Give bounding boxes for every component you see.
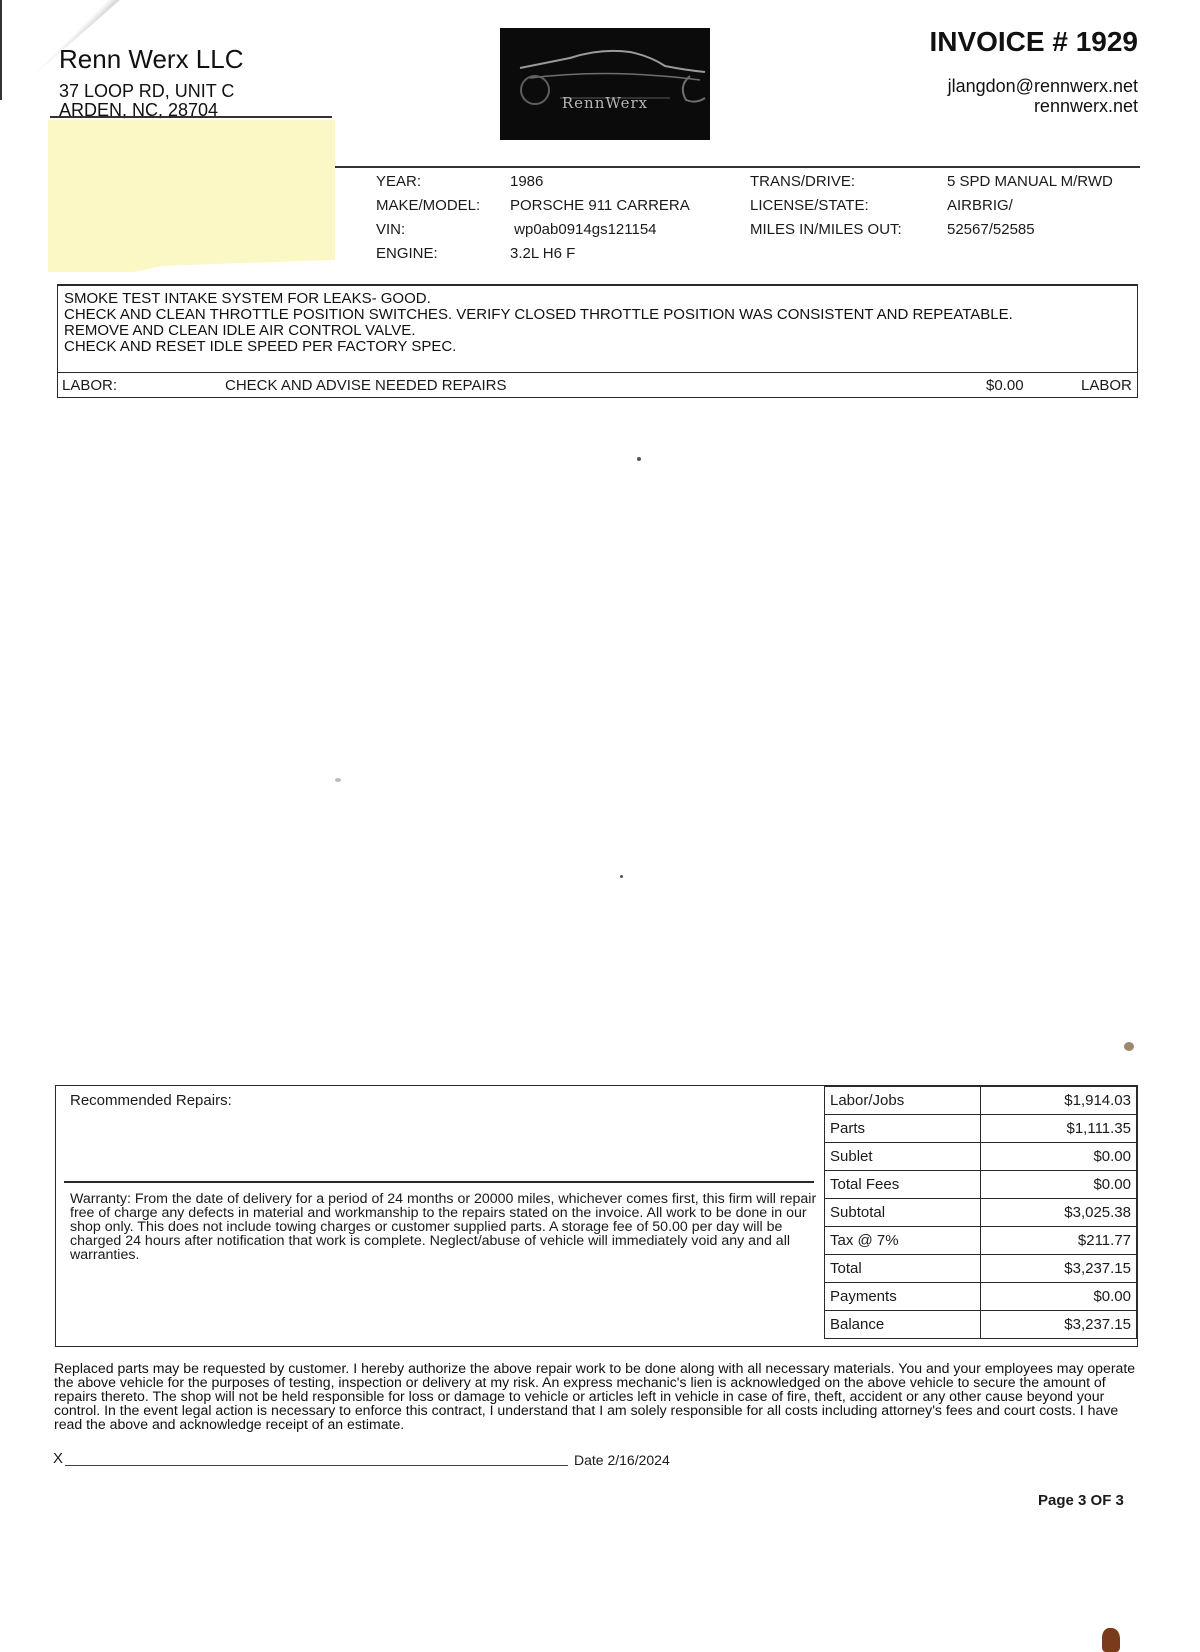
- warranty-text: Warranty: From the date of delivery for …: [70, 1192, 830, 1262]
- labor-amount: $0.00: [986, 377, 1024, 394]
- totals-label: Sublet: [825, 1143, 981, 1171]
- totals-row: Sublet$0.00: [825, 1143, 1137, 1171]
- logo-wordmark: RennWerx: [500, 94, 710, 112]
- value-trans-drive: 5 SPD MANUAL M/RWD: [947, 170, 1113, 194]
- totals-value: $0.00: [981, 1171, 1137, 1199]
- vehicle-rule: [335, 166, 1140, 168]
- page-number: Page 3 OF 3: [1038, 1492, 1124, 1509]
- signature-x: X: [53, 1450, 63, 1467]
- label-license-state: LICENSE/STATE:: [750, 194, 902, 218]
- value-license-state: AIRBRIG/: [947, 194, 1113, 218]
- address-line-1: 37 LOOP RD, UNIT C: [59, 82, 234, 101]
- totals-row: Total Fees$0.00: [825, 1171, 1137, 1199]
- totals-label: Payments: [825, 1283, 981, 1311]
- totals-value: $0.00: [981, 1283, 1137, 1311]
- sticky-note: [48, 120, 335, 272]
- signature-line[interactable]: [65, 1465, 568, 1466]
- totals-label: Parts: [825, 1115, 981, 1143]
- company-logo: RennWerx: [500, 28, 710, 140]
- address-rule: [50, 116, 332, 118]
- label-vin: VIN:: [376, 218, 480, 242]
- value-miles: 52567/52585: [947, 218, 1113, 242]
- label-year: YEAR:: [376, 170, 480, 194]
- recommended-rule: [64, 1181, 814, 1183]
- totals-row: Subtotal$3,025.38: [825, 1199, 1137, 1227]
- totals-label: Balance: [825, 1311, 981, 1339]
- totals-row: Total$3,237.15: [825, 1255, 1137, 1283]
- totals-value: $1,914.03: [981, 1087, 1137, 1115]
- labor-row: LABOR: CHECK AND ADVISE NEEDED REPAIRS $…: [58, 372, 1137, 399]
- work-line: REMOVE AND CLEAN IDLE AIR CONTROL VALVE.: [64, 323, 1013, 339]
- work-line: SMOKE TEST INTAKE SYSTEM FOR LEAKS- GOOD…: [64, 291, 1013, 307]
- totals-value: $1,111.35: [981, 1115, 1137, 1143]
- totals-label: Tax @ 7%: [825, 1227, 981, 1255]
- label-trans-drive: TRANS/DRIVE:: [750, 170, 902, 194]
- totals-label: Total Fees: [825, 1171, 981, 1199]
- value-make-model: PORSCHE 911 CARRERA: [510, 194, 690, 218]
- scan-speck: [335, 778, 341, 782]
- stain-mark: [1102, 1628, 1120, 1652]
- totals-row: Payments$0.00: [825, 1283, 1137, 1311]
- work-lines: SMOKE TEST INTAKE SYSTEM FOR LEAKS- GOOD…: [64, 291, 1013, 355]
- totals-value: $211.77: [981, 1227, 1137, 1255]
- labor-description: CHECK AND ADVISE NEEDED REPAIRS: [225, 377, 506, 394]
- totals-row: Tax @ 7%$211.77: [825, 1227, 1137, 1255]
- contact-email[interactable]: jlangdon@rennwerx.net: [948, 76, 1138, 96]
- page-edge: [0, 0, 2, 100]
- totals-label: Subtotal: [825, 1199, 981, 1227]
- label-engine: ENGINE:: [376, 242, 480, 266]
- label-make-model: MAKE/MODEL:: [376, 194, 480, 218]
- labor-type: LABOR: [1081, 377, 1132, 394]
- work-line: CHECK AND CLEAN THROTTLE POSITION SWITCH…: [64, 307, 1013, 323]
- stain-mark: [1124, 1042, 1134, 1051]
- company-name: Renn Werx LLC: [59, 44, 244, 75]
- value-vin: wp0ab0914gs121154: [510, 218, 690, 242]
- company-address: 37 LOOP RD, UNIT C ARDEN, NC, 28704: [59, 82, 234, 120]
- labor-label: LABOR:: [62, 377, 117, 394]
- scan-speck: [637, 457, 641, 461]
- scan-speck: [620, 875, 623, 878]
- totals-value: $3,237.15: [981, 1311, 1137, 1339]
- totals-label: Total: [825, 1255, 981, 1283]
- car-silhouette-icon: [500, 28, 710, 140]
- contact-website[interactable]: rennwerx.net: [948, 96, 1138, 116]
- signature-date: Date 2/16/2024: [574, 1452, 670, 1468]
- totals-value: $0.00: [981, 1143, 1137, 1171]
- summary-box: Recommended Repairs: Warranty: From the …: [55, 1085, 1138, 1347]
- vehicle-values-left: 1986 PORSCHE 911 CARRERA wp0ab0914gs1211…: [510, 170, 690, 266]
- label-miles: MILES IN/MILES OUT:: [750, 218, 902, 242]
- totals-label: Labor/Jobs: [825, 1087, 981, 1115]
- recommended-repairs-label: Recommended Repairs:: [70, 1092, 232, 1109]
- totals-row: Balance$3,237.15: [825, 1311, 1137, 1339]
- value-engine: 3.2L H6 F: [510, 242, 690, 266]
- vehicle-values-right: 5 SPD MANUAL M/RWD AIRBRIG/ 52567/52585: [947, 170, 1113, 242]
- vehicle-labels-right: TRANS/DRIVE: LICENSE/STATE: MILES IN/MIL…: [750, 170, 902, 242]
- authorization-text: Replaced parts may be requested by custo…: [54, 1361, 1144, 1431]
- vehicle-labels-left: YEAR: MAKE/MODEL: VIN: ENGINE:: [376, 170, 480, 266]
- work-performed-box: SMOKE TEST INTAKE SYSTEM FOR LEAKS- GOOD…: [57, 284, 1138, 398]
- totals-row: Labor/Jobs$1,914.03: [825, 1087, 1137, 1115]
- totals-row: Parts$1,111.35: [825, 1115, 1137, 1143]
- work-line: CHECK AND RESET IDLE SPEED PER FACTORY S…: [64, 339, 1013, 355]
- value-year: 1986: [510, 170, 690, 194]
- invoice-number: INVOICE # 1929: [929, 26, 1138, 58]
- contact-block: jlangdon@rennwerx.net rennwerx.net: [948, 76, 1138, 116]
- totals-value: $3,237.15: [981, 1255, 1137, 1283]
- totals-value: $3,025.38: [981, 1199, 1137, 1227]
- totals-table: Labor/Jobs$1,914.03Parts$1,111.35Sublet$…: [824, 1086, 1137, 1339]
